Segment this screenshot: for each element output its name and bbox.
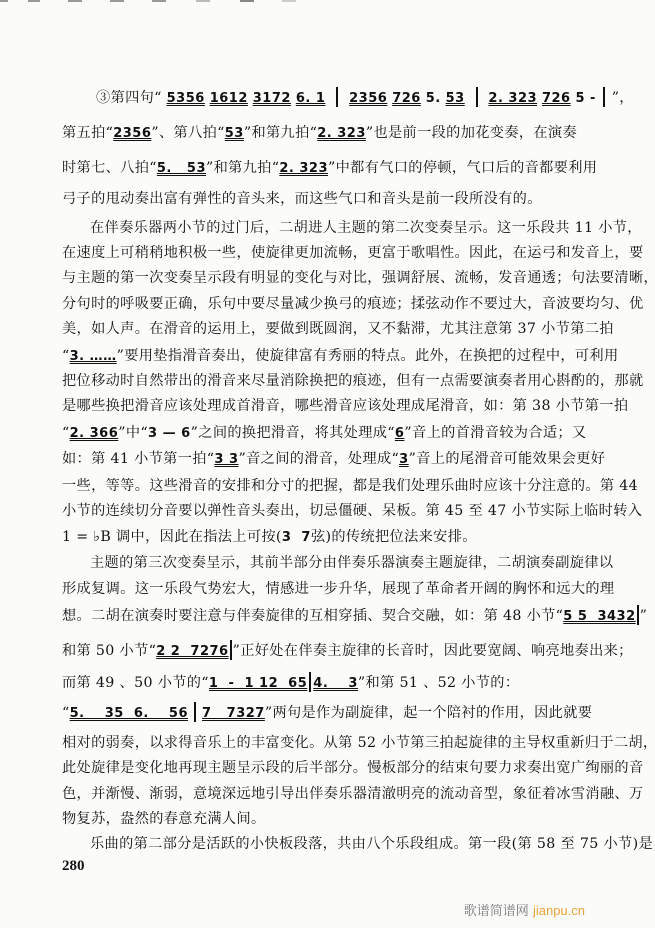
bar-line — [309, 672, 311, 692]
jianpu-notation: 726 — [392, 91, 421, 106]
paragraph-line: 在伴奏乐器两小节的过门后，二胡进人主题的第二次变奏呈示。这一乐段共 11 小节， — [62, 218, 592, 238]
bar-line — [194, 702, 196, 722]
watermark: 歌谱简谱网 jianpu.cn — [464, 900, 585, 919]
paragraph-line: 主题的第三次变奏呈示，其前半部分由伴奏乐器演奏主题旋律，二胡演奏副旋律以 — [62, 553, 592, 573]
text-segment: ”中“ — [118, 425, 148, 441]
paragraph-line: 把位移动时自然带出的滑音来尽量消除换把的痕迹，但有一点需要演奏者用心斟酌的，那就 — [62, 371, 592, 391]
jianpu-notation: 3. …… — [70, 349, 117, 364]
text-segment: ”两句是作为副旋律，起一个陪衬的作用，因此就要 — [265, 705, 592, 721]
watermark-cn: 歌谱简谱网 — [464, 904, 529, 919]
paragraph-line: 乐曲的第二部分是活跃的小快板段落，共由八个乐段组成。第一段(第 58 至 75 … — [62, 834, 592, 854]
jianpu-notation: 2356 — [113, 126, 151, 141]
jianpu-notation: 1612 — [210, 91, 248, 106]
paragraph-line: 色，并渐慢、渐弱，意境深远地引导出伴奏乐器清澈明亮的流动音型，象征着冰雪消融、万 — [62, 784, 592, 804]
paragraph-line: “2. 366”中“3 — 6”之间的换把滑音，将其处理成“6”音上的首滑音较为… — [62, 423, 592, 444]
jianpu-notation: 3 7 — [282, 530, 311, 545]
jianpu-notation: 4. 3 — [313, 676, 358, 691]
jianpu-notation: 5356 — [167, 91, 205, 106]
paragraph-line-fourth-phrase: ③第四句“ 5356 1612 3172 6. 1 2356 726 5. 53… — [62, 87, 626, 109]
text-segment: “ — [62, 348, 70, 364]
paragraph-line: 在速度上可稍稍地积极一些，使旋律更加流畅，更富于歌唱性。因此，在运弓和发音上，要 — [62, 243, 592, 263]
paragraph-line: 相对的弱奏，以求得音乐上的丰富变化。从第 52 小节第三拍起旋律的主导权重新归于… — [62, 733, 592, 753]
jianpu-notation: 1 - 1 12 65 — [209, 676, 307, 691]
text-segment: ”也是前一段的加花变奏，在演奏 — [366, 125, 577, 141]
jianpu-notation: 5. 53 — [157, 161, 206, 176]
bar-line — [230, 640, 232, 660]
paragraph-line: “3. ……”要用垫指滑音奏出，使旋律富有秀丽的特点。此外，在换把的过程中，可利… — [62, 346, 592, 367]
bar-line — [637, 605, 639, 625]
text-segment: ”要用垫指滑音奏出，使旋律富有秀丽的特点。此外，在换把的过程中，可利用 — [117, 348, 619, 364]
bar-line — [336, 87, 338, 107]
text-segment: ” — [640, 608, 648, 624]
bar-line — [476, 87, 478, 107]
paragraph-line: 分句时的呼吸要正确，乐句中要尽量减少换弓的痕迹；揉弦动作不要过大，音波要均匀、优 — [62, 294, 592, 314]
paragraph-line: 想。二胡在演奏时要注意与伴奏旋律的互相穿插、契合交融，如：第 48 小节“5 5… — [62, 605, 592, 627]
text-segment: 想。二胡在演奏时要注意与伴奏旋律的互相穿插、契合交融，如：第 48 小节“ — [62, 608, 563, 624]
text-segment: ”和第九拍“ — [206, 160, 279, 176]
paragraph-line: 是哪些换把滑音应该处理成首滑音，哪些滑音应该处理成尾滑音，如：第 38 小节第一… — [62, 396, 592, 416]
text-segment: 而第 49 、50 小节的“ — [62, 675, 209, 691]
jianpu-notation: 2356 — [349, 91, 387, 106]
text-segment: 时第七、八拍“ — [62, 160, 157, 176]
paragraph-line: “5. 35 6. 567 7327”两句是作为副旋律，起一个陪衬的作用，因此就… — [62, 702, 592, 724]
jianpu-notation: 2. 323 — [488, 91, 537, 106]
jianpu-notation: 5 5 3432 — [563, 609, 635, 624]
jianpu-notation: 6 — [395, 426, 405, 441]
text-segment: 如：第 41 小节第一拍“ — [62, 451, 214, 467]
jianpu-notation: 5 - — [575, 91, 595, 106]
text-segment: ”音上的尾滑音可能效果会更好 — [409, 451, 606, 467]
jianpu-notation: 3172 — [253, 91, 291, 106]
text-segment: 第五拍“ — [62, 125, 113, 141]
jianpu-notation: 53 — [225, 126, 244, 141]
text-segment: ”音之间的滑音，处理成“ — [239, 451, 400, 467]
jianpu-notation: 5. 35 6. 56 — [70, 706, 188, 721]
text-segment: ”和第九拍“ — [244, 125, 317, 141]
text-segment: “ — [62, 425, 70, 441]
text-segment: ”音上的首滑音较为合适；又 — [404, 425, 586, 441]
paragraph-line: 和第 50 小节“2 2 7276”正好处在伴奏主旋律的长音时，因此要宽阔、响亮… — [62, 640, 592, 662]
text-segment: ”和第 51 、52 小节的： — [358, 675, 519, 691]
text-segment: ”、第八拍“ — [151, 125, 224, 141]
jianpu-notation: 2 2 7276 — [156, 644, 228, 659]
jianpu-notation: 7 7327 — [202, 706, 265, 721]
paragraph-line: 美，如人声。在滑音的运用上，要做到既圆润，又不黏滞，尤其注意第 37 小节第二拍 — [62, 319, 592, 339]
paragraph-line: 第五拍“2356”、第八拍“53”和第九拍“2. 323”也是前一段的加花变奏，… — [62, 123, 592, 144]
text-segment: 弦)的传统把位法来安排。 — [311, 529, 477, 545]
paragraph-line: 此处旋律是变化地再现主题呈示段的后半部分。慢板部分的结束句要力求奏出宽广绚丽的音 — [62, 758, 592, 778]
jianpu-notation: 2. 323 — [317, 126, 366, 141]
paragraph-line: 物复苏，盎然的春意充满人间。 — [62, 809, 592, 829]
watermark-site: jianpu.cn — [533, 903, 585, 918]
paragraph-line: 而第 49 、50 小节的“1 - 1 12 654. 3”和第 51 、52 … — [62, 672, 592, 694]
page-number: 280 — [62, 858, 85, 875]
paragraph-line: 与主题的第一次变奏呈示段有明显的变化与对比，强调舒展、流畅，发音通透；句法要清晰… — [62, 268, 592, 288]
paragraph-line: 一些，等等。这些滑音的安排和分寸的把握，都是我们处理乐曲时应该十分注意的。第 4… — [62, 476, 592, 496]
text-segment: 和第 50 小节“ — [62, 643, 156, 659]
jianpu-notation: 6. 1 — [296, 91, 326, 106]
jianpu-notation: 3 3 — [214, 452, 238, 467]
jianpu-notation: 3 — 6 — [148, 426, 191, 441]
jianpu-notation: 2. 366 — [70, 426, 119, 441]
jianpu-notation: 726 — [542, 91, 571, 106]
jianpu-notation: 3 — [399, 452, 409, 467]
paragraph-line: 时第七、八拍“5. 53”和第九拍“2. 323”中都有气口的停顿，气口后的音都… — [62, 158, 592, 179]
line-prefix: ③第四句“ — [96, 90, 162, 106]
jianpu-notation: 53 — [446, 91, 465, 106]
jianpu-notation: 5. — [426, 91, 441, 106]
paragraph-line: 形成复调。这一乐段气势宏大，情感进一步升华，展现了革命者开阔的胸怀和远大的理 — [62, 579, 592, 599]
jianpu-notation: 2. 323 — [279, 161, 328, 176]
bar-line — [603, 87, 605, 107]
paragraph-line: 如：第 41 小节第一拍“3 3”音之间的滑音，处理成“3”音上的尾滑音可能效果… — [62, 449, 592, 470]
text-segment: ”之间的换把滑音，将其处理成“ — [191, 425, 395, 441]
text-segment: “ — [62, 705, 70, 721]
paragraph-line: 1 = ♭B 调中，因此在指法上可按(3 7弦)的传统把位法来安排。 — [62, 527, 592, 548]
text-segment: ”正好处在伴奏主旋律的长音时，因此要宽阔、响亮地奏出来； — [233, 643, 633, 659]
text-segment: 1 = ♭B 调中，因此在指法上可按( — [62, 529, 282, 545]
paragraph-line: 弓子的甩动奏出富有弹性的音头来，而这些气口和音头是前一段所没有的。 — [62, 189, 592, 209]
scan-edge-marks — [0, 0, 655, 4]
paragraph-line: 小节的连续切分音要以弹性音头奏出，切忌僵硬、呆板。第 45 至 47 小节实际上… — [62, 501, 592, 521]
line-suffix: ”， — [612, 90, 634, 106]
text-segment: ”中都有气口的停顿，气口后的音都要利用 — [328, 160, 597, 176]
